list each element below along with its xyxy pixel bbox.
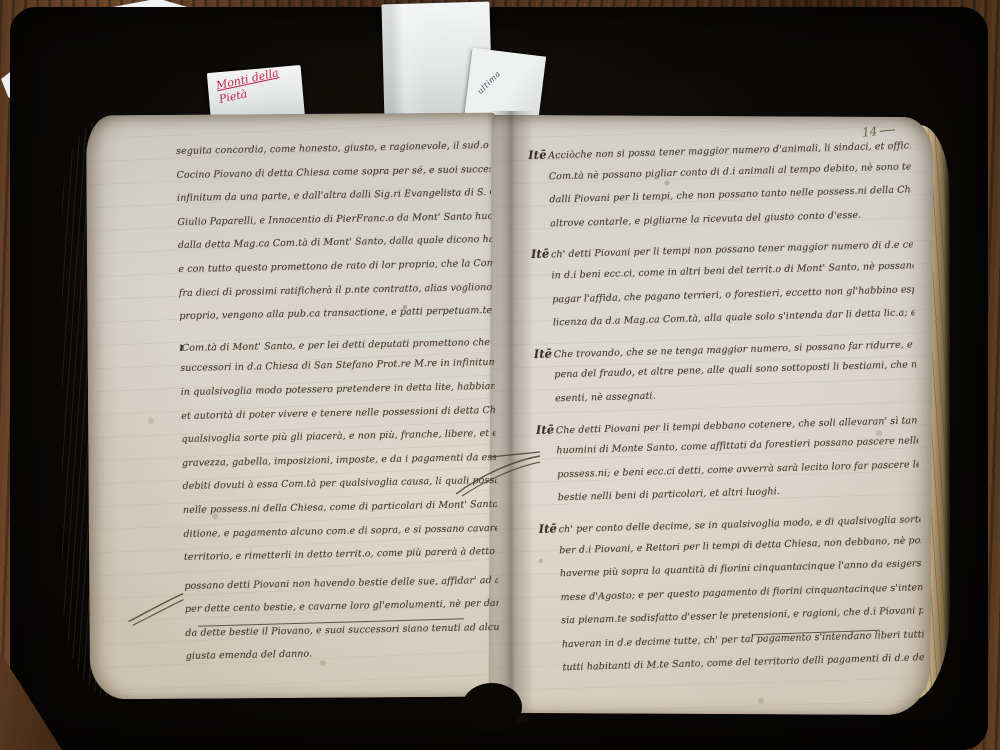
manuscript-line: territorio, e rimetterli in detto territ… <box>184 546 498 576</box>
folio-number-text: 14 <box>861 124 878 140</box>
right-page-text: ItēAcciòche non si possa tener maggior n… <box>528 137 925 692</box>
manuscript-paragraph: ItēChe detti Piovani per li tempi debban… <box>536 412 920 517</box>
left-page-text: seguita concordia, come honesto, giusto,… <box>176 140 500 680</box>
paragraph-marker: Itē <box>531 247 551 262</box>
red-label-text: Monti della Pietà <box>215 66 283 107</box>
paragraph-marker: La <box>180 340 182 354</box>
paragraph-marker: Itē <box>536 422 556 437</box>
manuscript-line: proprio, vengono alla pub.ca transaction… <box>179 305 493 335</box>
manuscript-paragraph: ItēAcciòche non si possa tener maggior n… <box>528 137 912 242</box>
manuscript-paragraph: Itēch' per conto delle decime, se in qua… <box>538 511 924 687</box>
manuscript-line: giusta emenda del danno. <box>186 645 500 675</box>
manuscript-paragraph: seguita concordia, come honesto, giusto,… <box>176 140 494 335</box>
manuscript-paragraph: Itēch' detti Piovani per li tempi non po… <box>531 237 915 342</box>
manuscript-photo: ultima 1736 Monti della Pietà seguita co… <box>0 0 1000 750</box>
folio-flourish <box>880 129 895 132</box>
margin-flourish-left-page <box>125 588 189 629</box>
manuscript-paragraph: LaCom.tà di Mont' Santo, e per lei detti… <box>180 334 498 576</box>
paragraph-marker: Itē <box>528 147 548 162</box>
paper-stains <box>0 0 2 2</box>
paragraph-marker: Itē <box>534 346 554 361</box>
gutter-bottom-dip <box>462 683 522 731</box>
margin-flourish-right-page <box>452 444 544 498</box>
paragraph-marker: Itē <box>538 521 558 536</box>
small-tab-label: ultima <box>476 69 503 96</box>
manuscript-paragraph: ItēChe trovando, che se ne tenga maggior… <box>534 336 918 417</box>
